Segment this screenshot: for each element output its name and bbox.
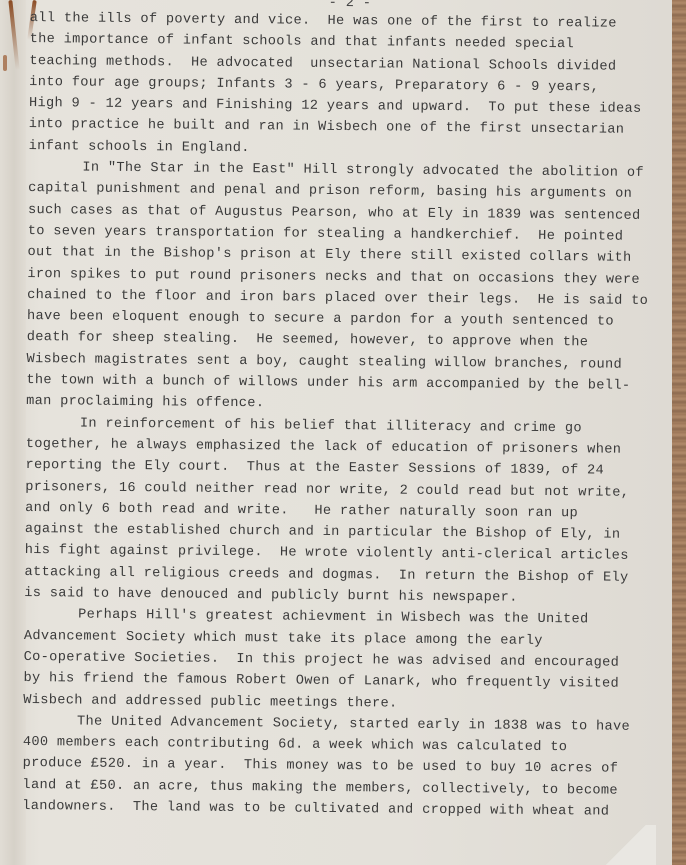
document-body: - 2 - all the ills of poverty and vice. … [22, 0, 670, 823]
wooden-table-background [670, 0, 686, 865]
rust-stain [3, 55, 7, 71]
typed-page: - 2 - all the ills of poverty and vice. … [0, 0, 672, 865]
page-corner-fold [596, 825, 656, 865]
text-lines: all the ills of poverty and vice. He was… [22, 8, 670, 823]
